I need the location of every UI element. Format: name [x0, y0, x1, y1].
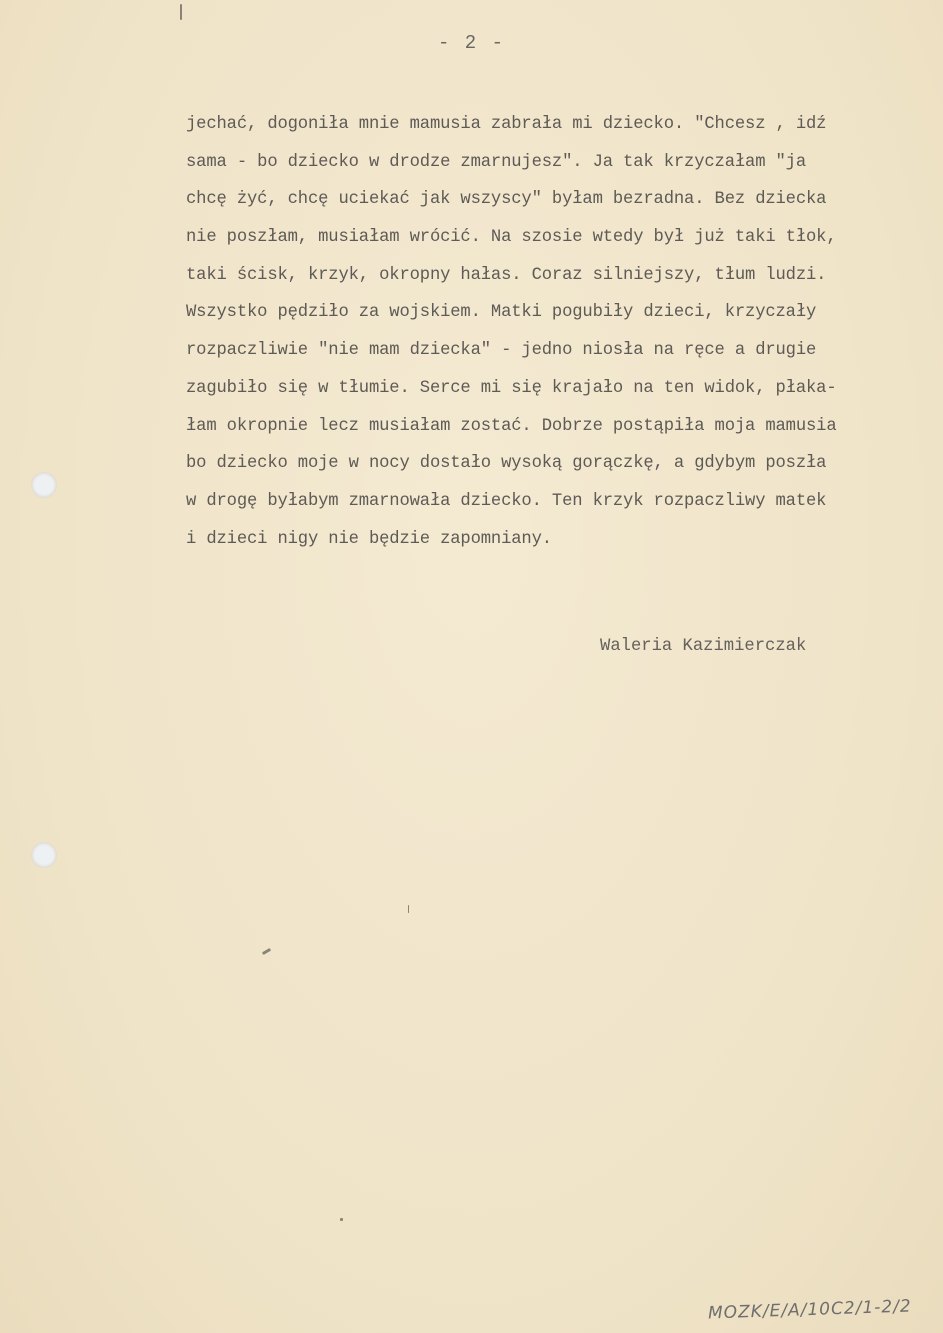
paper-mark [180, 4, 182, 20]
text-line: taki ścisk, krzyk, okropny hałas. Coraz … [186, 257, 926, 295]
paper-mark [262, 948, 271, 955]
signature: Waleria Kazimierczak [600, 637, 806, 656]
page-number: - 2 - [0, 32, 943, 54]
document-page: - 2 - jechać, dogoniła mnie mamusia zabr… [0, 0, 943, 1333]
text-line: bo dziecko moje w nocy dostało wysoką go… [186, 445, 926, 483]
text-line: nie poszłam, musiałam wrócić. Na szosie … [186, 219, 926, 257]
text-line: chcę żyć, chcę uciekać jak wszyscy" była… [186, 181, 926, 219]
text-line: zagubiło się w tłumie. Serce mi się kraj… [186, 370, 926, 408]
paper-mark [408, 905, 409, 913]
punch-hole [31, 842, 57, 868]
punch-hole [31, 472, 57, 498]
text-line: łam okropnie lecz musiałam zostać. Dobrz… [186, 408, 926, 446]
text-line: jechać, dogoniła mnie mamusia zabrała mi… [186, 106, 926, 144]
text-line: sama - bo dziecko w drodze zmarnujesz". … [186, 144, 926, 182]
text-line: rozpaczliwie "nie mam dziecka" - jedno n… [186, 332, 926, 370]
paper-mark [340, 1218, 343, 1221]
text-line: Wszystko pędziło za wojskiem. Matki pogu… [186, 294, 926, 332]
text-line: i dzieci nigy nie będzie zapomniany. [186, 521, 926, 559]
archive-reference: MOZK/E/A/10C2/1-2/2 [708, 1296, 912, 1323]
typed-body-text: jechać, dogoniła mnie mamusia zabrała mi… [186, 106, 926, 558]
text-line: w drogę byłabym zmarnowała dziecko. Ten … [186, 483, 926, 521]
